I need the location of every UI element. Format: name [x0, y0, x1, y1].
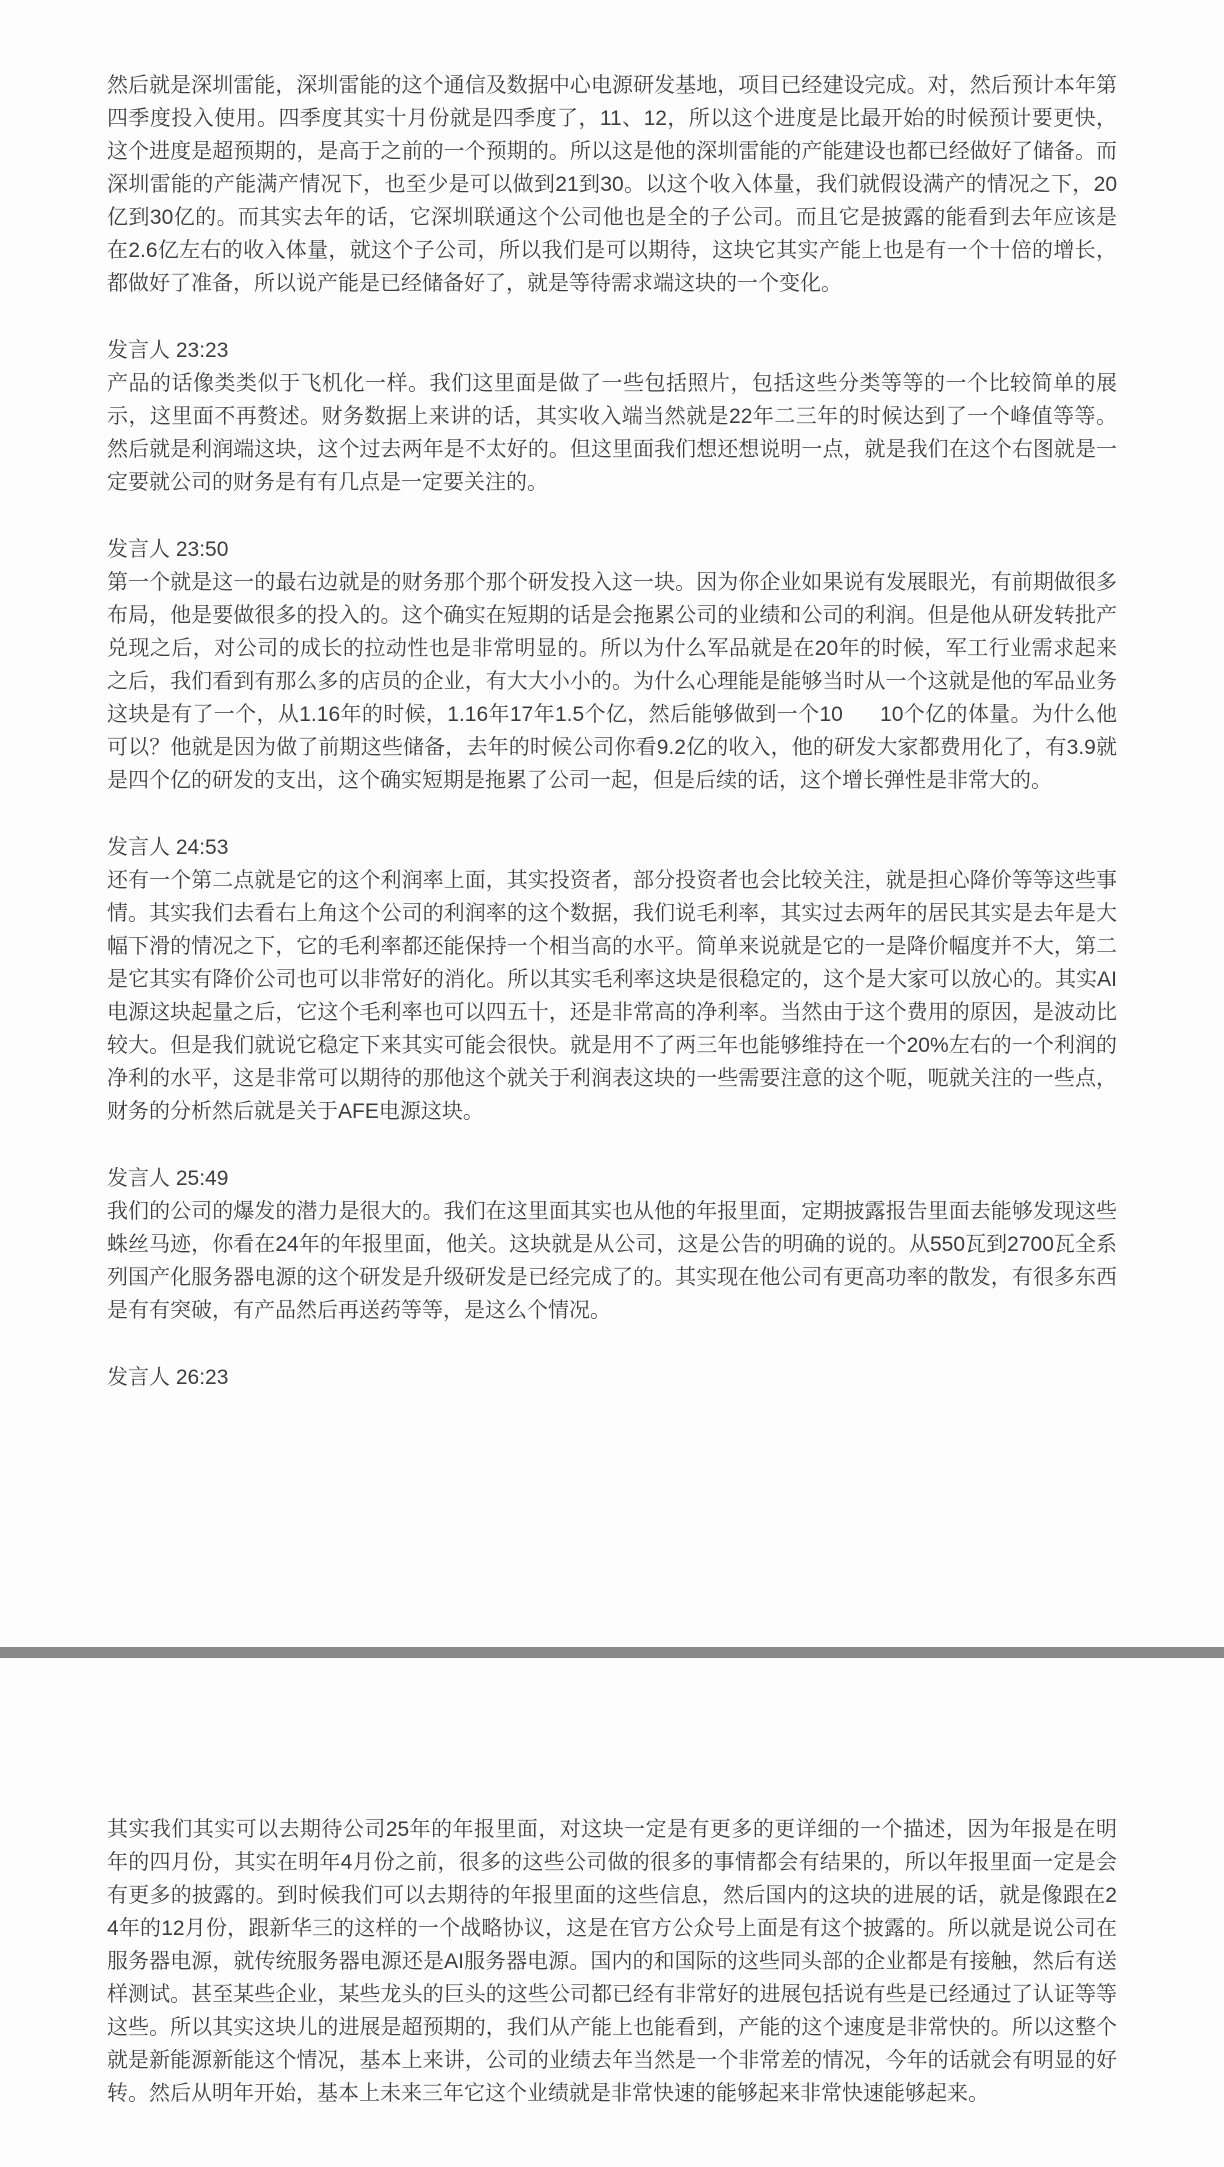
transcript-paragraph: 第一个就是这一的最右边就是的财务那个那个研发投入这一块。因为你企业如果说有发展眼…: [107, 566, 1117, 797]
speaker-timestamp: 发言人 26:23: [107, 1361, 1117, 1394]
speaker-timestamp: 发言人 23:23: [107, 334, 1117, 367]
transcript-page-2: 其实我们其实可以去期待公司25年的年报里面，对这块一定是有更多的更详细的一个描述…: [0, 1658, 1224, 2167]
transcript-paragraph: 其实我们其实可以去期待公司25年的年报里面，对这块一定是有更多的更详细的一个描述…: [107, 1813, 1117, 2110]
transcript-paragraph: 然后就是深圳雷能，深圳雷能的这个通信及数据中心电源研发基地，项目已经建设完成。对…: [107, 69, 1117, 300]
transcript-paragraph: 还有一个第二点就是它的这个利润率上面，其实投资者，部分投资者也会比较关注，就是担…: [107, 864, 1117, 1128]
transcript-page-1: 然后就是深圳雷能，深圳雷能的这个通信及数据中心电源研发基地，项目已经建设完成。对…: [0, 0, 1224, 1647]
page-break-divider: [0, 1647, 1224, 1658]
speaker-timestamp: 发言人 25:49: [107, 1162, 1117, 1195]
transcript-paragraph: 我们的公司的爆发的潜力是很大的。我们在这里面其实也从他的年报里面，定期披露报告里…: [107, 1195, 1117, 1327]
speaker-timestamp: 发言人 24:53: [107, 831, 1117, 864]
speaker-timestamp: 发言人 23:50: [107, 533, 1117, 566]
transcript-paragraph: 产品的话像类类似于飞机化一样。我们这里面是做了一些包括照片，包括这些分类等等的一…: [107, 367, 1117, 499]
